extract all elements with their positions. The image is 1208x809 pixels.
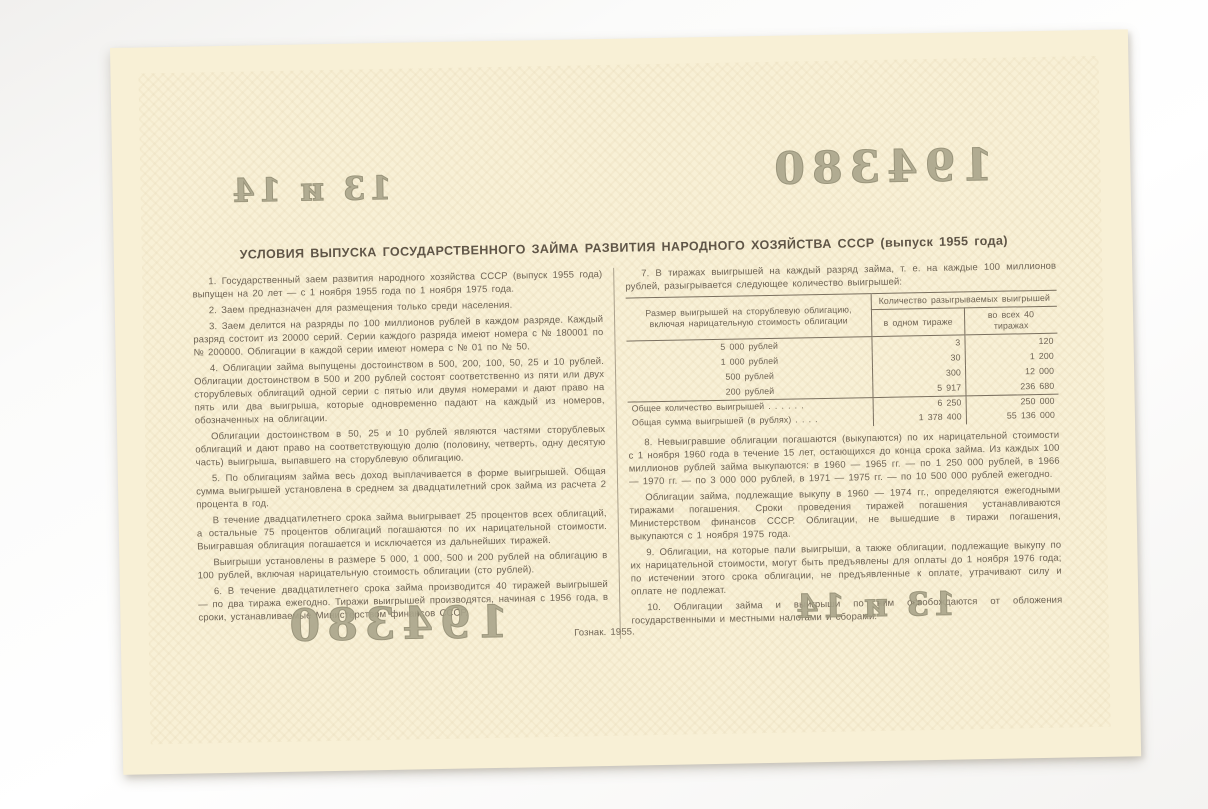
table-header-one-draw: в одном тираже bbox=[872, 308, 965, 337]
count-all-draws: 120 bbox=[965, 333, 1058, 350]
paragraph-3: 3. Заем делится на разряды по 100 миллио… bbox=[193, 313, 604, 360]
count-one-draw: 5 917 bbox=[873, 380, 966, 397]
sheet-number-bottom-right: 13 и 14 bbox=[792, 585, 956, 626]
paragraph-4b: Облигации достоинством в 50, 25 и 10 руб… bbox=[195, 423, 606, 470]
count-all-draws: 1 200 bbox=[965, 349, 1058, 366]
paragraph-5: 5. По облигациям займа весь доход выплач… bbox=[196, 465, 607, 512]
document-title: УСЛОВИЯ ВЫПУСКА ГОСУДАРСТВЕННОГО ЗАЙМА Р… bbox=[192, 233, 1056, 263]
paragraph-4: 4. Облигации займа выпущены достоинством… bbox=[194, 355, 605, 428]
paragraph-5c: Выигрыши установлены в размере 5 000, 1 … bbox=[197, 549, 607, 583]
paragraph-7: 7. В тиражах выигрышей на каждый разряд … bbox=[625, 260, 1056, 294]
paragraph-8: 8. Невыигравшие облигации погашаются (вы… bbox=[628, 429, 1060, 489]
paragraph-5b: В течение двадцатилетнего срока займа вы… bbox=[197, 507, 608, 554]
bond-paper: 13 и 14 194380 УСЛОВИЯ ВЫПУСКА ГОСУДАРСТ… bbox=[110, 29, 1141, 775]
winnings-table: Размер выигрышей на сторублевую облигаци… bbox=[626, 290, 1059, 431]
serial-number-bottom-left: 194380 bbox=[282, 597, 509, 652]
paragraph-8b: Облигации займа, подлежащие выкупу в 196… bbox=[629, 484, 1061, 544]
count-one-draw: 300 bbox=[873, 365, 966, 382]
table-header-all-draws: во всех 40 тиражах bbox=[964, 306, 1057, 335]
total-all-draws: 55 136 000 bbox=[966, 409, 1059, 425]
left-column: 1. Государственный заем развития народно… bbox=[192, 268, 621, 647]
total-one-draw: 1 378 400 bbox=[873, 410, 966, 426]
right-column: 7. В тиражах выигрышей на каждый разряд … bbox=[614, 260, 1063, 639]
count-all-draws: 236 680 bbox=[966, 379, 1059, 396]
count-one-draw: 3 bbox=[872, 335, 965, 352]
table-header-size: Размер выигрышей на сторублевую облигаци… bbox=[626, 294, 872, 341]
terms-content: УСЛОВИЯ ВЫПУСКА ГОСУДАРСТВЕННОГО ЗАЙМА Р… bbox=[110, 29, 1139, 648]
paragraph-1: 1. Государственный заем развития народно… bbox=[192, 268, 602, 302]
count-all-draws: 12 000 bbox=[965, 364, 1058, 381]
count-one-draw: 30 bbox=[872, 350, 965, 367]
